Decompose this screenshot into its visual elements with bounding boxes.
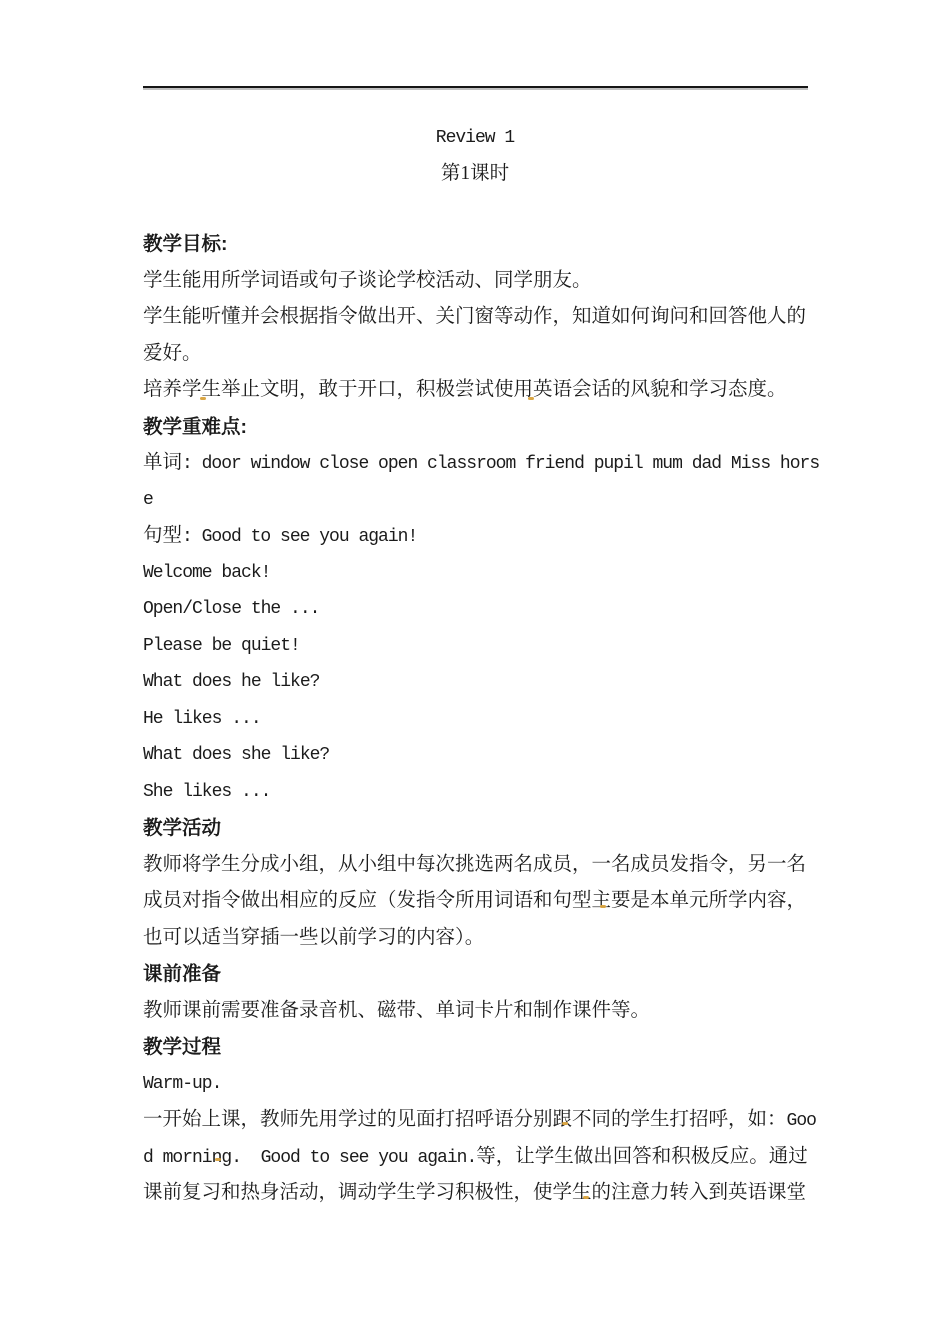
doc-text-line: What does she like? [143, 737, 807, 774]
text-segment-cn: 教学重难点: [143, 416, 247, 438]
text-segment-cn: 等，让学生做出回答和积极反应。通过 [476, 1146, 808, 1167]
text-segment-cn: 教学活动 [143, 817, 221, 839]
text-segment-en: Welcome back! [143, 563, 270, 583]
text-segment-cn: 教学目标: [143, 233, 228, 255]
doc-text-line: 培养学生举止文明，敢于开口，积极尝试使用英语会话的风貌和学习态度。 [143, 372, 807, 409]
proofing-mark [600, 905, 606, 908]
text-segment-en: He likes ... [143, 709, 261, 729]
text-segment-cn: 学生能听懂并会根据指令做出开、关门窗等动作，知道如何询问和回答他人的 [143, 306, 806, 327]
doc-text-line: Please be quiet! [143, 628, 807, 665]
doc-heading-line: 教学重难点: [143, 409, 807, 446]
text-segment-cn: 句型 [143, 525, 182, 546]
doc-text-line: 学生能听懂并会根据指令做出开、关门窗等动作，知道如何询问和回答他人的 [143, 299, 807, 336]
doc-text-line: She likes ... [143, 774, 807, 811]
text-segment-cn: 教师将学生分成小组，从小组中每次挑选两名成员，一名成员发指令，另一名 [143, 854, 806, 875]
text-segment-cn: 培养学生举止文明，敢于开口，积极尝试使用英语会话的风貌和学习态度。 [143, 379, 787, 400]
doc-text-line: e [143, 482, 807, 519]
proofing-mark [528, 397, 534, 400]
header-rule [143, 86, 808, 88]
text-segment-cn: 课前复习和热身活动，调动学生学习积极性，使学生的注意力转入到英语课堂 [143, 1182, 806, 1203]
text-segment-en: Open/Close the ... [143, 599, 319, 619]
doc-heading-line: 教学目标: [143, 226, 807, 263]
doc-heading-line: 课前准备 [143, 956, 807, 993]
text-segment-cn: 一开始上课，教师先用学过的见面打招呼语分别跟不同的学生打招呼，如： [143, 1109, 787, 1130]
proofing-mark [562, 1122, 568, 1125]
doc-text-line: 教师将学生分成小组，从小组中每次挑选两名成员，一名成员发指令，另一名 [143, 847, 807, 884]
doc-text-line: Welcome back! [143, 555, 807, 592]
text-segment-cn: 爱好。 [143, 343, 202, 364]
text-segment-en: : Good to see you again! [182, 527, 417, 547]
doc-text-line: 课前复习和热身活动，调动学生学习积极性，使学生的注意力转入到英语课堂 [143, 1175, 807, 1212]
text-segment-en: e [143, 490, 153, 510]
text-segment-en: Goo [787, 1111, 816, 1131]
text-segment-cn: 也可以适当穿插一些以前学习的内容）。 [143, 927, 484, 948]
proofing-mark [200, 397, 206, 400]
text-segment-en: Warm-up. [143, 1074, 221, 1094]
doc-text-line: 成员对指令做出相应的反应（发指令所用词语和句型主要是本单元所学内容， [143, 883, 807, 920]
doc-heading-line: 教学过程 [143, 1029, 807, 1066]
text-segment-en: d morning. Good to see you again. [143, 1148, 476, 1168]
doc-text-line: 一开始上课，教师先用学过的见面打招呼语分别跟不同的学生打招呼，如：Goo [143, 1102, 807, 1139]
text-segment-cn: 教师课前需要准备录音机、磁带、单词卡片和制作课件等。 [143, 1000, 650, 1021]
document-body: 教学目标:学生能用所学词语或句子谈论学校活动、同学朋友。学生能听懂并会根据指令做… [143, 226, 807, 1212]
text-segment-en: What does he like? [143, 672, 319, 692]
document-page: Review 1 第1课时 教学目标:学生能用所学词语或句子谈论学校活动、同学朋… [0, 0, 950, 1344]
doc-text-line: 单词: door window close open classroom fri… [143, 445, 807, 482]
doc-text-line: He likes ... [143, 701, 807, 738]
text-segment-cn: 教学过程 [143, 1036, 221, 1058]
doc-text-line: Open/Close the ... [143, 591, 807, 628]
proofing-mark [583, 1196, 589, 1199]
doc-text-line: 句型: Good to see you again! [143, 518, 807, 555]
document-title: Review 1 [143, 120, 807, 156]
text-segment-cn: 学生能用所学词语或句子谈论学校活动、同学朋友。 [143, 270, 592, 291]
doc-text-line: Warm-up. [143, 1066, 807, 1103]
doc-text-line: 学生能用所学词语或句子谈论学校活动、同学朋友。 [143, 263, 807, 300]
doc-text-line: 也可以适当穿插一些以前学习的内容）。 [143, 920, 807, 957]
text-segment-en: : door window close open classroom frien… [182, 454, 819, 474]
text-segment-cn: 课前准备 [143, 963, 221, 985]
text-segment-cn: 成员对指令做出相应的反应（发指令所用词语和句型主要是本单元所学内容， [143, 890, 806, 911]
doc-text-line: 爱好。 [143, 336, 807, 373]
text-segment-en: What does she like? [143, 745, 329, 765]
text-segment-en: Please be quiet! [143, 636, 300, 656]
document-header: Review 1 第1课时 [143, 120, 807, 192]
doc-text-line: 教师课前需要准备录音机、磁带、单词卡片和制作课件等。 [143, 993, 807, 1030]
doc-text-line: What does he like? [143, 664, 807, 701]
proofing-mark [215, 1158, 221, 1161]
text-segment-en: She likes ... [143, 782, 270, 802]
doc-text-line: d morning. Good to see you again.等，让学生做出… [143, 1139, 807, 1176]
text-segment-cn: 单词 [143, 452, 182, 473]
document-subtitle: 第1课时 [143, 156, 807, 192]
doc-heading-line: 教学活动 [143, 810, 807, 847]
